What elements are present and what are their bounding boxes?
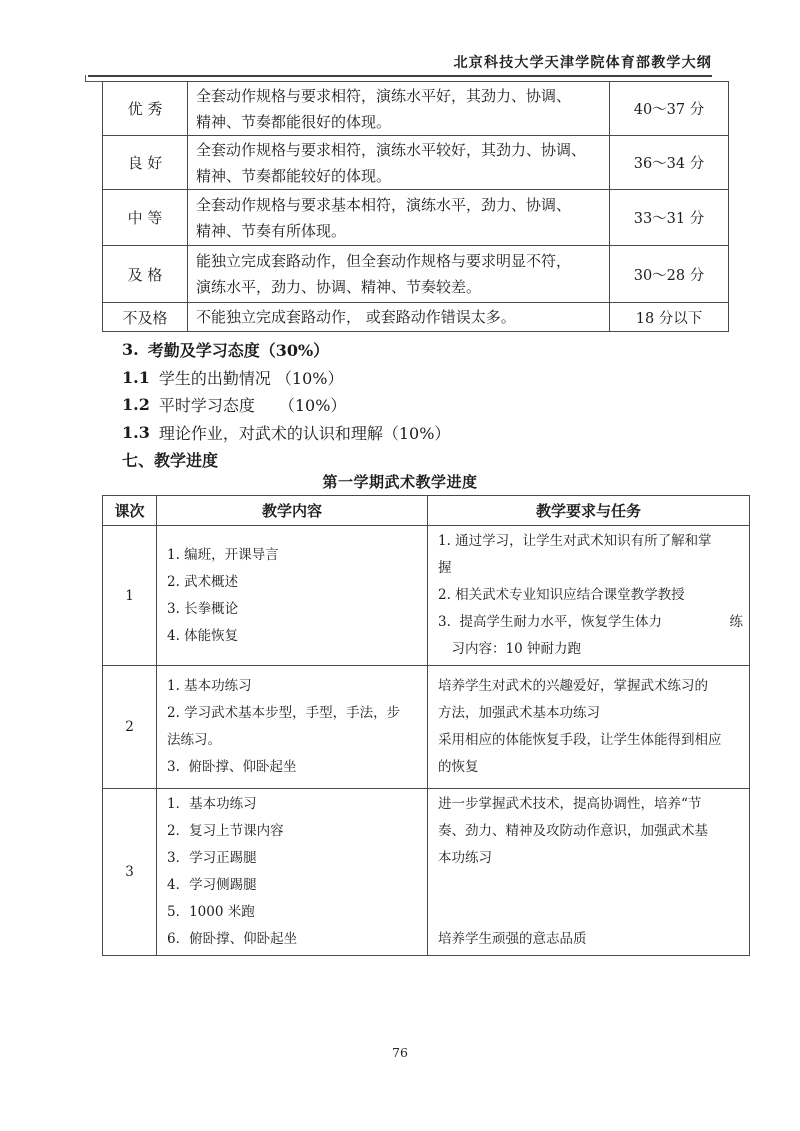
lesson-requirements-cell: 培养学生对武术的兴趣爱好，掌握武术练习的 方法，加强武术基本功练习 采用相应的体… xyxy=(428,666,750,789)
table-row: 1 1. 编班，开课导言 2. 武术概述 3. 长拳概论 4. 体能恢复 1. … xyxy=(103,526,750,666)
section-item-label: 学生的出勤情况 （10%） xyxy=(159,366,344,389)
grade-score: 40～37 分 xyxy=(610,82,729,136)
grade-score: 18 分以下 xyxy=(610,303,729,332)
header-rule xyxy=(88,75,712,77)
section-item: 1.2 平时学习态度 （10%） xyxy=(122,391,450,419)
table-row: 中 等 全套动作规格与要求基本相符，演练水平，劲力、协调、 精神、节奏有所体现。… xyxy=(103,190,729,246)
grade-cell: 及 格 xyxy=(103,246,188,303)
progress-heading-label: 七、教学进度 xyxy=(122,448,218,471)
lesson-content-cell: 1. 编班，开课导言 2. 武术概述 3. 长拳概论 4. 体能恢复 xyxy=(157,526,428,666)
table-row: 不及格 不能独立完成套路动作， 或套路动作错误太多。 18 分以下 xyxy=(103,303,729,332)
lesson-requirements-cell: 1. 通过学习，让学生对武术知识有所了解和掌 握 2. 相关武术专业知识应结合课… xyxy=(428,526,750,666)
section-item: 1.3 理论作业，对武术的认识和理解（10%） xyxy=(122,419,450,447)
grading-table: 优 秀 全套动作规格与要求相符，演练水平好，其劲力、协调、 精神、节奏都能很好的… xyxy=(102,81,729,332)
document-page: 北京科技大学天津学院体育部教学大纲 优 秀 全套动作规格与要求相符，演练水平好，… xyxy=(0,0,800,1131)
lesson-number-cell: 1 xyxy=(103,526,157,666)
grade-description: 全套动作规格与要求相符，演练水平好，其劲力、协调、 精神、节奏都能很好的体现。 xyxy=(188,82,610,136)
grade-score: 33～31 分 xyxy=(610,190,729,246)
table-row: 及 格 能独立完成套路动作，但全套动作规格与要求明显不符， 演练水平，劲力、协调… xyxy=(103,246,729,303)
column-header-lesson: 课次 xyxy=(103,496,157,526)
lesson-number-cell: 3 xyxy=(103,789,157,956)
table-row: 良 好 全套动作规格与要求相符，演练水平较好，其劲力、协调、 精神、节奏都能较好… xyxy=(103,136,729,190)
grade-description: 全套动作规格与要求基本相符，演练水平，劲力、协调、 精神、节奏有所体现。 xyxy=(188,190,610,246)
schedule-header-row: 课次 教学内容 教学要求与任务 xyxy=(103,496,750,526)
table-continuation-stub-horizontal xyxy=(85,81,103,82)
grade-cell: 不及格 xyxy=(103,303,188,332)
section-item-number: 1.2 xyxy=(122,395,150,414)
section-item: 1.1 学生的出勤情况 （10%） xyxy=(122,364,450,392)
table-row: 2 1. 基本功练习 2. 学习武术基本步型，手型，手法，步 法练习。 3. 俯… xyxy=(103,666,750,789)
grade-cell: 中 等 xyxy=(103,190,188,246)
table-row: 优 秀 全套动作规格与要求相符，演练水平好，其劲力、协调、 精神、节奏都能很好的… xyxy=(103,82,729,136)
lesson-content-cell: 1．基本功练习 2．复习上节课内容 3．学习正踢腿 4．学习侧踢腿 5．1000… xyxy=(157,789,428,956)
schedule-table: 课次 教学内容 教学要求与任务 1 1. 编班，开课导言 2. 武术概述 3. … xyxy=(102,495,750,956)
section-item-number: 1.3 xyxy=(122,423,150,442)
document-header-title: 北京科技大学天津学院体育部教学大纲 xyxy=(88,52,712,72)
section-item-label: 平时学习态度 （10%） xyxy=(159,393,347,416)
table-row: 3 1．基本功练习 2．复习上节课内容 3．学习正踢腿 4．学习侧踢腿 5．10… xyxy=(103,789,750,956)
lesson-number-cell: 2 xyxy=(103,666,157,789)
page-number: 76 xyxy=(0,1045,800,1060)
schedule-title: 第一学期武术教学进度 xyxy=(88,471,712,492)
section-heading-label: 考勤及学习态度（30%） xyxy=(148,338,329,361)
grade-description: 全套动作规格与要求相符，演练水平较好，其劲力、协调、 精神、节奏都能较好的体现。 xyxy=(188,136,610,190)
section-heading-number: 3. xyxy=(122,340,139,359)
grade-description: 不能独立完成套路动作， 或套路动作错误太多。 xyxy=(188,303,610,332)
section-item-number: 1.1 xyxy=(122,368,150,387)
grade-score: 36～34 分 xyxy=(610,136,729,190)
grade-score: 30～28 分 xyxy=(610,246,729,303)
column-header-content: 教学内容 xyxy=(157,496,428,526)
grade-cell: 良 好 xyxy=(103,136,188,190)
attendance-section: 3. 考勤及学习态度（30%） 1.1 学生的出勤情况 （10%） 1.2 平时… xyxy=(122,336,450,474)
grade-cell: 优 秀 xyxy=(103,82,188,136)
progress-heading: 七、教学进度 xyxy=(122,446,450,474)
section-heading: 3. 考勤及学习态度（30%） xyxy=(122,336,450,364)
section-item-label: 理论作业，对武术的认识和理解（10%） xyxy=(159,421,451,444)
column-header-requirements: 教学要求与任务 xyxy=(428,496,750,526)
grade-description: 能独立完成套路动作，但全套动作规格与要求明显不符， 演练水平，劲力、协调、精神、… xyxy=(188,246,610,303)
lesson-content-cell: 1. 基本功练习 2. 学习武术基本步型，手型，手法，步 法练习。 3. 俯卧撑… xyxy=(157,666,428,789)
lesson-requirements-cell: 进一步掌握武术技术，提高协调性，培养“节 奏、劲力、精神及攻防动作意识，加强武术… xyxy=(428,789,750,956)
